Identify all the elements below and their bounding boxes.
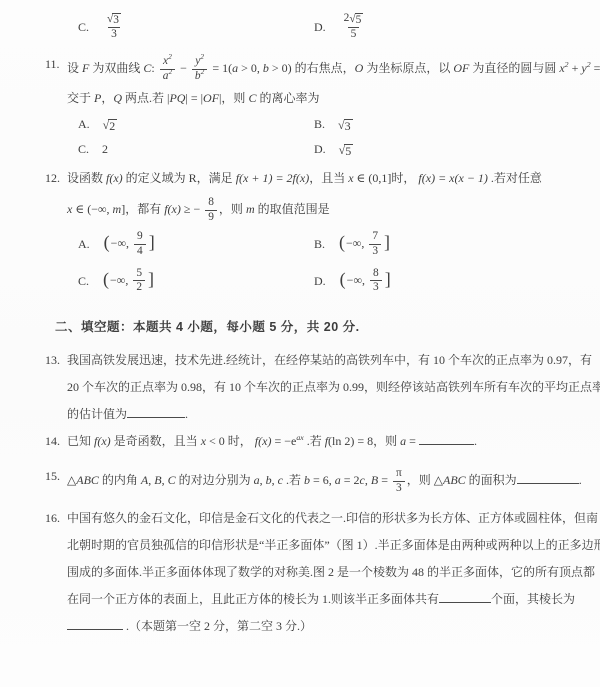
option-c: C. 2 xyxy=(78,137,314,161)
exam-paper-page: C. √33 D. 2√55 11. 设 F 为双曲线 C: x2a2 − y2… xyxy=(0,0,600,640)
text-run: = xyxy=(378,473,391,487)
text-run: 北朝时期的官员独孤信的印信形状是“半正多面体”（图 1）.半正多面体是由两种或两… xyxy=(67,538,600,552)
answer-blank xyxy=(517,471,579,484)
big-bracket: ( xyxy=(339,232,345,252)
option-b: B. √3 xyxy=(314,112,584,136)
math-variable: OF xyxy=(453,61,469,75)
question-number: 13. xyxy=(45,347,67,374)
text-run: 3 xyxy=(373,281,379,293)
text-run: .若 xyxy=(304,434,325,448)
big-bracket: ( xyxy=(340,269,346,289)
fraction: x2a2 xyxy=(160,55,175,83)
answer-blank xyxy=(419,432,474,445)
math-variable: Q xyxy=(113,91,122,105)
question-11-options: A. √2 B. √3 C. 2 D. √5 xyxy=(67,112,584,161)
question-body: 已知 f(x) 是奇函数，且当 x < 0 时， f(x) = −eax .若 … xyxy=(67,428,584,455)
fraction: √33 xyxy=(104,12,124,41)
question-body: 设 F 为双曲线 C: x2a2 − y2b2 = 1(a > 0, b > 0… xyxy=(67,51,584,161)
fraction-denominator: 5 xyxy=(348,27,360,42)
question-text-line: 设函数 f(x) 的定义域为 R，满足 f(x + 1) = 2f(x)，且当 … xyxy=(67,165,584,192)
question-text-line: 北朝时期的官员独孤信的印信形状是“半正多面体”（图 1）.半正多面体是由两种或两… xyxy=(67,532,584,559)
text-run: 是奇函数，且当 xyxy=(111,434,201,448)
math-variable: B xyxy=(154,473,161,487)
big-bracket: ] xyxy=(384,232,390,252)
answer-blank xyxy=(127,405,185,418)
question-16: 16. 中国有悠久的金石文化，印信是金石文化的代表之一.印信的形状多为长方体、正… xyxy=(45,505,584,640)
fraction-numerator: 9 xyxy=(134,230,146,244)
fraction: π3 xyxy=(393,467,405,495)
question-text-line: 20 个车次的正点率为 0.98，有 10 个车次的正点率为 0.99，则经停该… xyxy=(67,374,584,401)
option-label: D. xyxy=(314,15,326,39)
math-variable: f(x) xyxy=(164,202,181,216)
radicand: 5 xyxy=(355,13,364,27)
fraction-denominator: b2 xyxy=(192,69,207,84)
text-run: 两点.若 | xyxy=(122,91,169,105)
fraction: 2√55 xyxy=(341,12,367,41)
text-run: + xyxy=(569,61,582,75)
option-label: D. xyxy=(314,137,326,161)
math-variable: ABC xyxy=(443,473,466,487)
option-value: √5 xyxy=(339,137,354,161)
fraction-denominator: 9 xyxy=(205,210,217,225)
superscript: 2 xyxy=(168,67,172,76)
text-run: 的取值范围是 xyxy=(255,202,330,216)
text-run: 9 xyxy=(208,211,214,223)
math-variable: f(x) xyxy=(255,434,272,448)
math-variable: m xyxy=(246,202,255,216)
fraction-denominator: 3 xyxy=(393,481,405,496)
text-run: | = | xyxy=(185,91,203,105)
option-value: 2 xyxy=(102,137,108,161)
fraction-numerator: y2 xyxy=(192,55,207,69)
option-label: A. xyxy=(78,112,90,136)
text-run: = xyxy=(406,434,419,448)
math-variable: PQ xyxy=(169,91,185,105)
math-variable: f(x) xyxy=(94,434,111,448)
question-text-line: .（本题第一空 2 分，第二空 3 分.） xyxy=(67,613,584,640)
math-variable: f(x + 1) = 2f(x) xyxy=(236,171,310,185)
text-run: (ln 2) = 8，则 xyxy=(328,434,400,448)
question-15: 15. △ABC 的内角 A, B, C 的对边分别为 a, b, c .若 b… xyxy=(45,463,584,497)
text-run: > 0, xyxy=(238,61,263,75)
fraction-numerator: 5 xyxy=(133,267,145,281)
text-run: 设 xyxy=(67,61,82,75)
radicand: 2 xyxy=(108,119,117,133)
text-run: 我国高铁发展迅速，技术先进.经统计，在经停某站的高铁列车中，有 10 个车次的正… xyxy=(67,353,592,367)
text-run: ]，都有 xyxy=(121,202,164,216)
fraction-denominator: a2 xyxy=(160,69,175,84)
big-bracket: ( xyxy=(103,269,109,289)
option-value: (−∞, 83] xyxy=(339,267,392,295)
text-run: − xyxy=(177,61,190,75)
square-root: √3 xyxy=(338,119,353,133)
text-run: ≥ − xyxy=(181,202,203,216)
question-text-line: 设 F 为双曲线 C: x2a2 − y2b2 = 1(a > 0, b > 0… xyxy=(67,51,584,85)
math-variable: m xyxy=(113,202,122,216)
option-label: D. xyxy=(314,269,326,293)
text-run: −∞, xyxy=(110,273,131,287)
option-value: (−∞, 94] xyxy=(103,230,156,258)
text-run: 4 xyxy=(137,245,143,257)
text-run: 8 xyxy=(208,196,214,208)
square-root: √5 xyxy=(339,144,354,158)
square-root: √2 xyxy=(103,119,118,133)
fraction-numerator: √3 xyxy=(104,12,124,27)
math-variable: C xyxy=(168,473,176,487)
question-text-line: 中国有悠久的金石文化，印信是金石文化的代表之一.印信的形状多为长方体、正方体或圆… xyxy=(67,505,584,532)
option-value: √2 xyxy=(103,112,118,136)
question-number: 11. xyxy=(45,51,67,78)
text-run: 9 xyxy=(137,230,143,242)
fraction: 94 xyxy=(134,230,146,258)
fraction-denominator: 3 xyxy=(370,280,382,295)
fraction: 83 xyxy=(370,267,382,295)
fraction: y2b2 xyxy=(192,55,207,83)
question-number: 14. xyxy=(45,428,67,455)
option-c: C. √33 xyxy=(78,12,314,41)
fraction: 52 xyxy=(133,267,145,295)
superscript: 2 xyxy=(168,53,172,62)
text-run: 5 xyxy=(351,28,357,40)
question-12-options: A. (−∞, 94] B. (−∞, 73] C. (−∞, 52] D. (… xyxy=(67,230,584,295)
text-run: 交于 xyxy=(67,91,94,105)
text-run: 8 xyxy=(373,267,379,279)
text-run: ，则 △ xyxy=(407,473,443,487)
prev-question-options: C. √33 D. 2√55 xyxy=(78,12,584,41)
text-run: 3 xyxy=(111,28,117,40)
option-label: A. xyxy=(78,232,90,256)
question-number: 12. xyxy=(45,165,67,192)
question-body: △ABC 的内角 A, B, C 的对边分别为 a, b, c .若 b = 6… xyxy=(67,463,584,497)
math-variable: ABC xyxy=(76,473,99,487)
text-run: 设函数 xyxy=(67,171,106,185)
text-run: . xyxy=(579,473,582,487)
text-run: 2 xyxy=(102,142,108,156)
question-body: 我国高铁发展迅速，技术先进.经统计，在经停某站的高铁列车中，有 10 个车次的正… xyxy=(67,347,584,428)
question-text-line: △ABC 的内角 A, B, C 的对边分别为 a, b, c .若 b = 6… xyxy=(67,463,584,497)
superscript: ax xyxy=(296,433,303,442)
big-bracket: ( xyxy=(104,232,110,252)
text-run: 7 xyxy=(372,230,378,242)
math-variable: f(x) xyxy=(106,171,123,185)
text-run: ∈ (−∞, xyxy=(72,202,112,216)
fraction-denominator: 3 xyxy=(369,244,381,259)
text-run: 为直径的圆与圆 xyxy=(469,61,559,75)
radicand: 5 xyxy=(344,144,353,158)
text-run: 中国有悠久的金石文化，印信是金石文化的代表之一.印信的形状多为长方体、正方体或圆… xyxy=(67,511,598,525)
math-variable: f(x) = x(x − 1) xyxy=(418,171,488,185)
fraction-numerator: π xyxy=(393,467,405,481)
answer-blank xyxy=(439,590,491,603)
fraction-denominator: 3 xyxy=(108,27,120,42)
text-run: = 6, xyxy=(310,473,335,487)
math-variable: O xyxy=(355,61,364,75)
radicand: 3 xyxy=(344,119,353,133)
option-value: (−∞, 73] xyxy=(338,230,391,258)
text-run: |，则 xyxy=(219,91,248,105)
option-value: √3 xyxy=(338,112,353,136)
option-value: 2√55 xyxy=(339,12,369,41)
option-value: √33 xyxy=(102,12,126,41)
option-label: B. xyxy=(314,112,325,136)
option-d: D. √5 xyxy=(314,137,584,161)
text-run: 的面积为 xyxy=(466,473,517,487)
text-run: −∞, xyxy=(346,236,367,250)
big-bracket: ] xyxy=(148,269,154,289)
text-run: > 0) 的右焦点， xyxy=(269,61,355,75)
option-a: A. (−∞, 94] xyxy=(78,230,314,258)
option-value: (−∞, 52] xyxy=(102,267,155,295)
question-text-line: 在同一个正方体的表面上，且此正方体的棱长为 1.则该半正多面体共有个面，其棱长为 xyxy=(67,586,584,613)
section-2-header: 二、填空题：本题共 4 小题，每小题 5 分，共 20 分. xyxy=(55,317,584,335)
text-run: 为坐标原点，以 xyxy=(363,61,453,75)
superscript: 2 xyxy=(201,67,205,76)
question-text-line: 围成的多面体.半正多面体体现了数学的对称美.图 2 是一个棱数为 48 的半正多… xyxy=(67,559,584,586)
question-body: 中国有悠久的金石文化，印信是金石文化的代表之一.印信的形状多为长方体、正方体或圆… xyxy=(67,505,584,640)
question-11: 11. 设 F 为双曲线 C: x2a2 − y2b2 = 1(a > 0, b… xyxy=(45,51,584,161)
question-number: 15. xyxy=(45,463,67,490)
text-run: : xyxy=(151,61,157,75)
text-run: −∞, xyxy=(111,236,132,250)
question-text-line: 的估计值为. xyxy=(67,401,584,428)
text-run: 的内角 xyxy=(99,473,141,487)
question-13: 13. 我国高铁发展迅速，技术先进.经统计，在经停某站的高铁列车中，有 10 个… xyxy=(45,347,584,428)
option-a: A. √2 xyxy=(78,112,314,136)
text-run: = 1( xyxy=(209,61,232,75)
radicand: 3 xyxy=(112,13,121,27)
square-root: √5 xyxy=(349,13,363,27)
fraction-numerator: 7 xyxy=(369,230,381,244)
option-label: C. xyxy=(78,269,89,293)
text-run: 5 xyxy=(136,267,142,279)
question-12: 12. 设函数 f(x) 的定义域为 R，满足 f(x + 1) = 2f(x)… xyxy=(45,165,584,301)
text-run: 的定义域为 R，满足 xyxy=(123,171,236,185)
option-c: C. (−∞, 52] xyxy=(78,267,314,295)
text-run: 在同一个正方体的表面上，且此正方体的棱长为 1.则该半正多面体共有 xyxy=(67,592,439,606)
text-run: ， xyxy=(101,91,113,105)
text-run: π xyxy=(396,467,402,479)
option-d: D. (−∞, 83] xyxy=(314,267,584,295)
text-run: = −e xyxy=(271,434,296,448)
option-label: C. xyxy=(78,15,89,39)
text-run: .若 xyxy=(283,473,304,487)
text-run: △ xyxy=(67,473,76,487)
answer-blank xyxy=(67,617,123,630)
text-run: 3 xyxy=(396,482,402,494)
text-run: < 0 时， xyxy=(206,434,255,448)
text-run: = 2 xyxy=(341,473,360,487)
text-run: ，且当 xyxy=(309,171,348,185)
big-bracket: ] xyxy=(149,232,155,252)
text-run: −∞, xyxy=(347,273,368,287)
fraction-numerator: 8 xyxy=(205,196,217,210)
question-14: 14. 已知 f(x) 是奇函数，且当 x < 0 时， f(x) = −eax… xyxy=(45,428,584,455)
text-run: .若对任意 xyxy=(488,171,542,185)
text-run: 的估计值为 xyxy=(67,407,127,421)
big-bracket: ] xyxy=(385,269,391,289)
square-root: √3 xyxy=(107,13,121,27)
text-run: . xyxy=(185,407,188,421)
math-variable: OF xyxy=(203,91,219,105)
fraction-numerator: 2√5 xyxy=(341,12,367,27)
text-run: 个面，其棱长为 xyxy=(491,592,575,606)
text-run: 20 个车次的正点率为 0.98，有 10 个车次的正点率为 0.99，则经停该… xyxy=(67,380,600,394)
text-run: 2 xyxy=(136,281,142,293)
fraction-denominator: 4 xyxy=(134,244,146,259)
text-run: 为双曲线 xyxy=(89,61,143,75)
question-body: 设函数 f(x) 的定义域为 R，满足 f(x + 1) = 2f(x)，且当 … xyxy=(67,165,584,301)
fraction: 73 xyxy=(369,230,381,258)
option-label: C. xyxy=(78,137,89,161)
question-number: 16. xyxy=(45,505,67,532)
text-run: 围成的多面体.半正多面体体现了数学的对称美.图 2 是一个棱数为 48 的半正多… xyxy=(67,565,595,579)
text-run: 的离心率为 xyxy=(256,91,319,105)
question-text-line: 我国高铁发展迅速，技术先进.经统计，在经停某站的高铁列车中，有 10 个车次的正… xyxy=(67,347,584,374)
text-run: 的对边分别为 xyxy=(176,473,254,487)
text-run: 已知 xyxy=(67,434,94,448)
superscript: 2 xyxy=(200,53,204,62)
question-text-line: 交于 P，Q 两点.若 |PQ| = |OF|，则 C 的离心率为 xyxy=(67,85,584,112)
text-run: = xyxy=(591,61,600,75)
text-run: ，则 xyxy=(219,202,246,216)
text-run: 3 xyxy=(372,245,378,257)
option-d: D. 2√55 xyxy=(314,12,584,41)
option-b: B. (−∞, 73] xyxy=(314,230,584,258)
fraction: 89 xyxy=(205,196,217,224)
text-run: . xyxy=(474,434,477,448)
fraction-denominator: 2 xyxy=(133,280,145,295)
text-run: ∈ (0,1]时， xyxy=(354,171,419,185)
option-label: B. xyxy=(314,232,325,256)
text-run: .（本题第一空 2 分，第二空 3 分.） xyxy=(123,619,312,633)
question-text-line: x ∈ (−∞, m]，都有 f(x) ≥ − 89，则 m 的取值范围是 xyxy=(67,192,584,226)
question-text-line: 已知 f(x) 是奇函数，且当 x < 0 时， f(x) = −eax .若 … xyxy=(67,428,584,455)
fraction-numerator: 8 xyxy=(370,267,382,281)
